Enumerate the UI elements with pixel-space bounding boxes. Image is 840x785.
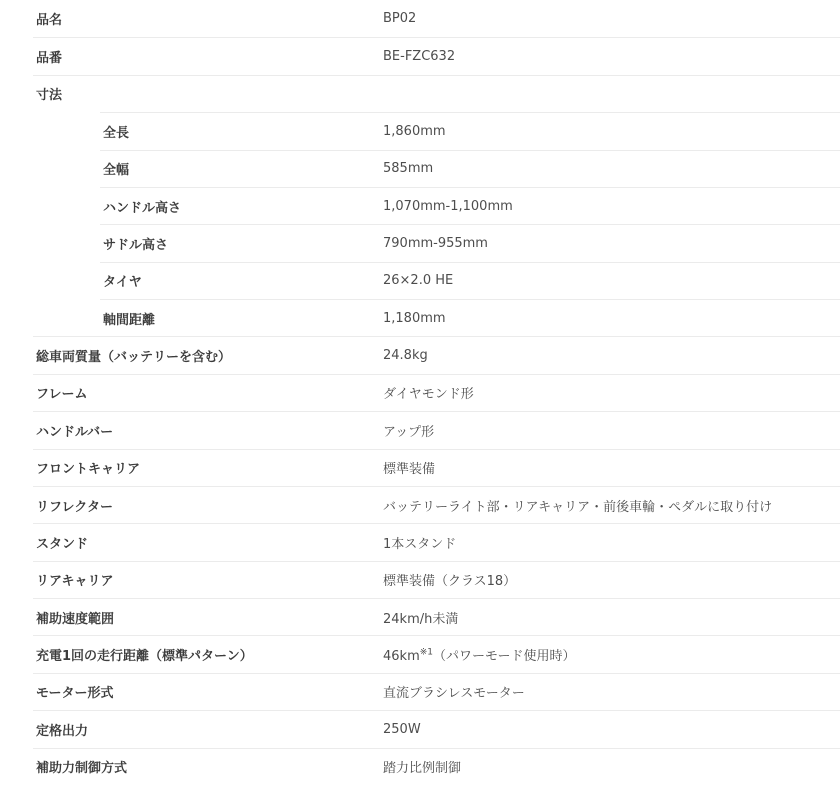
spec-label: ハンドル高さ [100, 197, 383, 216]
spec-row-rear-carrier: リアキャリア 標準装備（クラス18） [33, 561, 840, 598]
spec-value: 790mm-955mm [383, 236, 488, 251]
spec-label: 寸法 [33, 84, 383, 103]
spec-label: リアキャリア [33, 570, 383, 589]
spec-value: 標準装備 [383, 458, 435, 477]
spec-value: BP02 [383, 11, 416, 26]
spec-value: 標準装備（クラス18） [383, 570, 516, 589]
spec-row-total-width: 全幅 585mm [100, 150, 840, 187]
spec-row-total-length: 全長 1,860mm [100, 112, 840, 149]
spec-row-range-per-charge: 充電1回の走行距離（標準パターン） 46km※1（パワーモード使用時） [33, 635, 840, 672]
spec-row-rated-output: 定格出力 250W [33, 710, 840, 747]
spec-value: 直流ブラシレスモーター [383, 682, 525, 701]
spec-row-wheelbase: 軸間距離 1,180mm [100, 299, 840, 336]
spec-row-model-number: 品番 BE-FZC632 [33, 37, 840, 74]
spec-row-stand: スタンド 1本スタンド [33, 523, 840, 560]
spec-row-total-weight: 総車両質量（バッテリーを含む） 24.8kg [33, 336, 840, 373]
spec-value: ダイヤモンド形 [383, 383, 474, 402]
spec-row-saddle-height: サドル高さ 790mm-955mm [100, 224, 840, 261]
spec-label: 総車両質量（バッテリーを含む） [33, 346, 383, 365]
spec-row-handle-height: ハンドル高さ 1,070mm-1,100mm [100, 187, 840, 224]
spec-row-motor-type: モーター形式 直流ブラシレスモーター [33, 673, 840, 710]
spec-value: 26×2.0 HE [383, 273, 453, 288]
spec-label: 軸間距離 [100, 309, 383, 328]
spec-label: リフレクター [33, 496, 383, 515]
spec-value: 1,070mm-1,100mm [383, 199, 513, 214]
spec-value: 1本スタンド [383, 533, 456, 552]
spec-value: バッテリーライト部・リアキャリア・前後車輪・ペダルに取り付け [383, 496, 772, 515]
spec-value: 踏力比例制御 [383, 757, 461, 776]
spec-label: サドル高さ [100, 234, 383, 253]
spec-row-product-name: 品名 BP02 [33, 0, 840, 37]
spec-row-frame: フレーム ダイヤモンド形 [33, 374, 840, 411]
spec-value: 1,180mm [383, 311, 446, 326]
spec-label: フロントキャリア [33, 458, 383, 477]
footnote-marker: ※1 [420, 648, 433, 658]
spec-value: BE-FZC632 [383, 49, 455, 64]
spec-row-handlebar: ハンドルバー アップ形 [33, 411, 840, 448]
range-condition: （パワーモード使用時） [433, 649, 575, 664]
spec-value: 24km/h未満 [383, 608, 458, 627]
spec-row-reflector: リフレクター バッテリーライト部・リアキャリア・前後車輪・ペダルに取り付け [33, 486, 840, 523]
spec-label: 品番 [33, 47, 383, 66]
spec-row-front-carrier: フロントキャリア 標準装備 [33, 449, 840, 486]
spec-value: 250W [383, 722, 421, 737]
spec-label: ハンドルバー [33, 421, 383, 440]
spec-label: 品名 [33, 9, 383, 28]
spec-value: 24.8kg [383, 348, 428, 363]
spec-row-assist-speed-range: 補助速度範囲 24km/h未満 [33, 598, 840, 635]
spec-label: 補助力制御方式 [33, 757, 383, 776]
spec-label: モーター形式 [33, 682, 383, 701]
spec-value: 585mm [383, 161, 433, 176]
spec-label: フレーム [33, 383, 383, 402]
spec-value: 46km※1（パワーモード使用時） [383, 645, 576, 664]
spec-value: 1,860mm [383, 124, 446, 139]
spec-label: スタンド [33, 533, 383, 552]
spec-row-dimensions-header: 寸法 [33, 75, 840, 112]
spec-value: アップ形 [383, 421, 434, 440]
range-value: 46km [383, 649, 420, 664]
spec-label: 全幅 [100, 159, 383, 178]
spec-row-tire: タイヤ 26×2.0 HE [100, 262, 840, 299]
spec-label: タイヤ [100, 271, 383, 290]
spec-row-assist-control: 補助力制御方式 踏力比例制御 [33, 748, 840, 785]
spec-label: 補助速度範囲 [33, 608, 383, 627]
spec-label: 全長 [100, 122, 383, 141]
spec-label: 充電1回の走行距離（標準パターン） [33, 645, 383, 664]
spec-label: 定格出力 [33, 720, 383, 739]
spec-table: 品名 BP02 品番 BE-FZC632 寸法 全長 1,860mm 全幅 58… [0, 0, 840, 785]
